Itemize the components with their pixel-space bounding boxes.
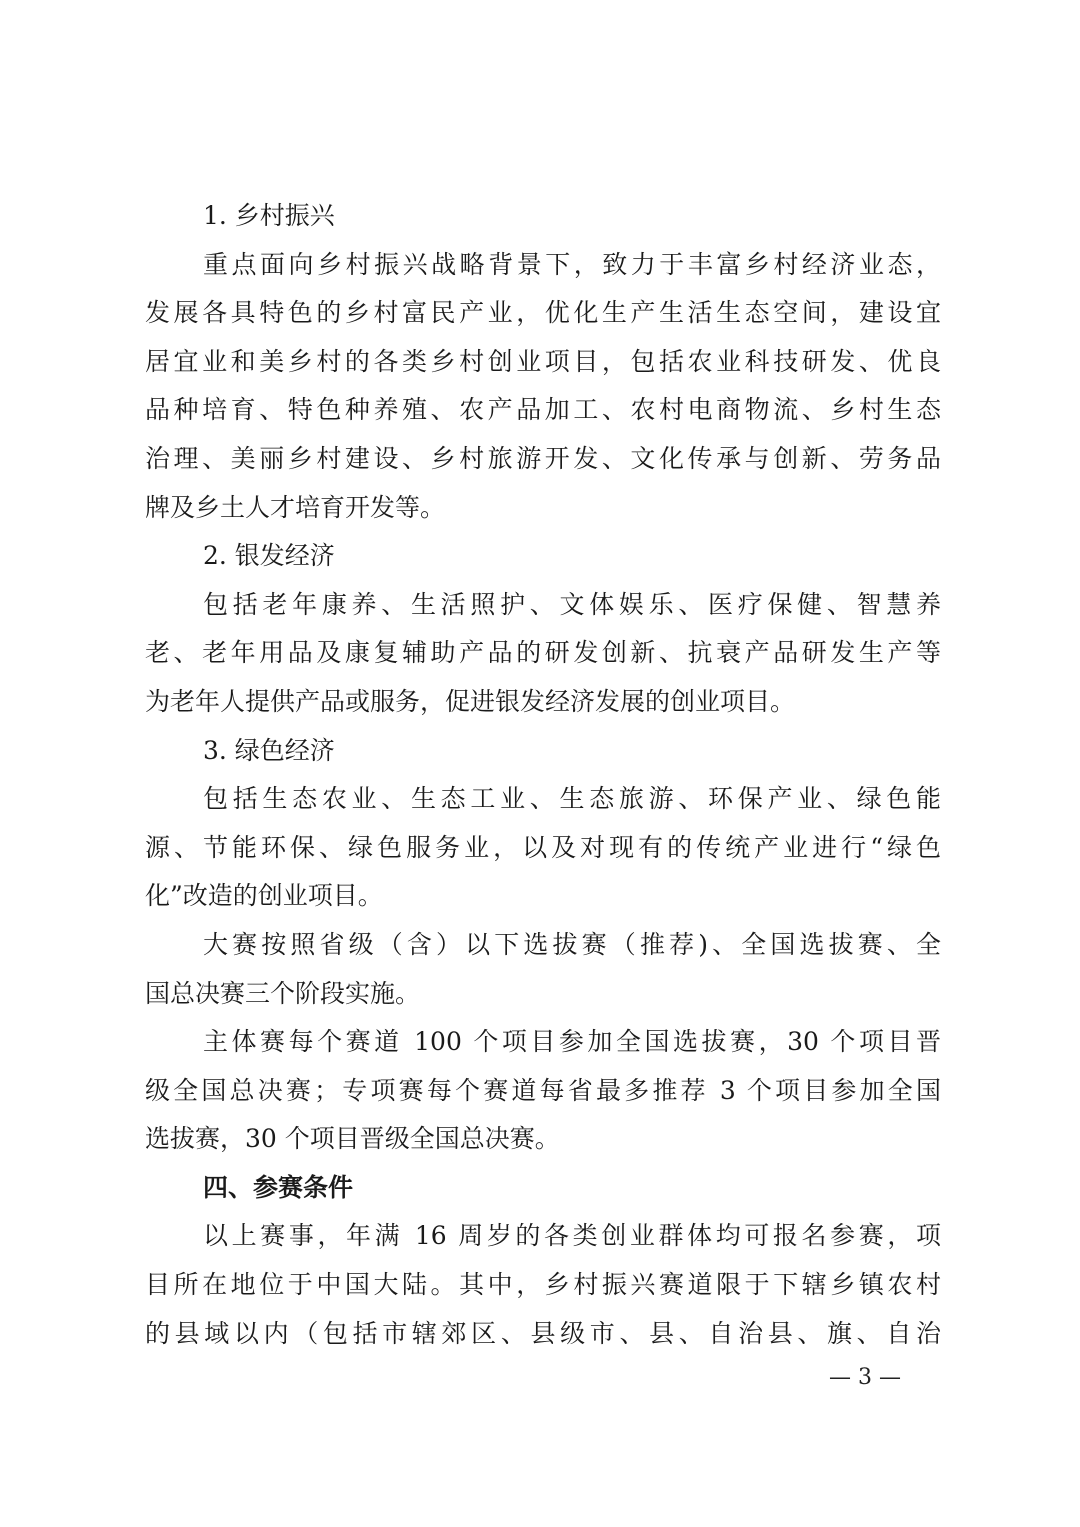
- text-line: 国总决赛三个阶段实施。: [145, 970, 941, 1019]
- subheading-rural-revitalization: 1. 乡村振兴: [145, 192, 941, 241]
- text-line: 主体赛每个赛道 100 个项目参加全国选拔赛，30 个项目晋: [145, 1018, 941, 1067]
- text-line: 牌及乡土人才培育开发等。: [145, 484, 941, 533]
- paragraph-rural-revitalization: 重点面向乡村振兴战略背景下，致力于丰富乡村经济业态， 发展各具特色的乡村富民产业…: [145, 241, 941, 533]
- text-line: 以上赛事，年满 16 周岁的各类创业群体均可报名参赛，项: [145, 1212, 941, 1261]
- text-line: 选拔赛，30 个项目晋级全国总决赛。: [145, 1115, 941, 1164]
- text-line: 源、节能环保、绿色服务业，以及对现有的传统产业进行“绿色: [145, 824, 941, 873]
- text-line: 重点面向乡村振兴战略背景下，致力于丰富乡村经济业态，: [145, 241, 941, 290]
- paragraph-eligibility: 以上赛事，年满 16 周岁的各类创业群体均可报名参赛，项 目所在地位于中国大陆。…: [145, 1212, 941, 1358]
- text-line: 目所在地位于中国大陆。其中，乡村振兴赛道限于下辖乡镇农村: [145, 1261, 941, 1310]
- paragraph-project-quota: 主体赛每个赛道 100 个项目参加全国选拔赛，30 个项目晋 级全国总决赛；专项…: [145, 1018, 941, 1164]
- subheading-silver-economy: 2. 银发经济: [145, 532, 941, 581]
- text-line: 包括生态农业、生态工业、生态旅游、环保产业、绿色能: [145, 775, 941, 824]
- paragraph-competition-stages: 大赛按照省级（含）以下选拔赛（推荐)、全国选拔赛、全 国总决赛三个阶段实施。: [145, 921, 941, 1018]
- paragraph-green-economy: 包括生态农业、生态工业、生态旅游、环保产业、绿色能 源、节能环保、绿色服务业，以…: [145, 775, 941, 921]
- text-line: 老、老年用品及康复辅助产品的研发创新、抗衰产品研发生产等: [145, 629, 941, 678]
- document-body: 1. 乡村振兴 重点面向乡村振兴战略背景下，致力于丰富乡村经济业态， 发展各具特…: [145, 192, 941, 1358]
- section-heading-eligibility: 四、参赛条件: [145, 1164, 941, 1213]
- text-line: 品种培育、特色种养殖、农产品加工、农村电商物流、乡村生态: [145, 386, 941, 435]
- text-line: 居宜业和美乡村的各类乡村创业项目，包括农业科技研发、优良: [145, 338, 941, 387]
- text-line: 发展各具特色的乡村富民产业，优化生产生活生态空间，建设宜: [145, 289, 941, 338]
- text-line: 治理、美丽乡村建设、乡村旅游开发、文化传承与创新、劳务品: [145, 435, 941, 484]
- text-line: 级全国总决赛；专项赛每个赛道每省最多推荐 3 个项目参加全国: [145, 1067, 941, 1116]
- text-line: 为老年人提供产品或服务，促进银发经济发展的创业项目。: [145, 678, 941, 727]
- text-line: 大赛按照省级（含）以下选拔赛（推荐)、全国选拔赛、全: [145, 921, 941, 970]
- text-line: 化”改造的创业项目。: [145, 872, 941, 921]
- paragraph-silver-economy: 包括老年康养、生活照护、文体娱乐、医疗保健、智慧养 老、老年用品及康复辅助产品的…: [145, 581, 941, 727]
- text-line: 的县域以内（包括市辖郊区、县级市、县、自治县、旗、自治: [145, 1310, 941, 1359]
- subheading-green-economy: 3. 绿色经济: [145, 727, 941, 776]
- text-line: 包括老年康养、生活照护、文体娱乐、医疗保健、智慧养: [145, 581, 941, 630]
- page-number: — 3 —: [810, 1365, 920, 1390]
